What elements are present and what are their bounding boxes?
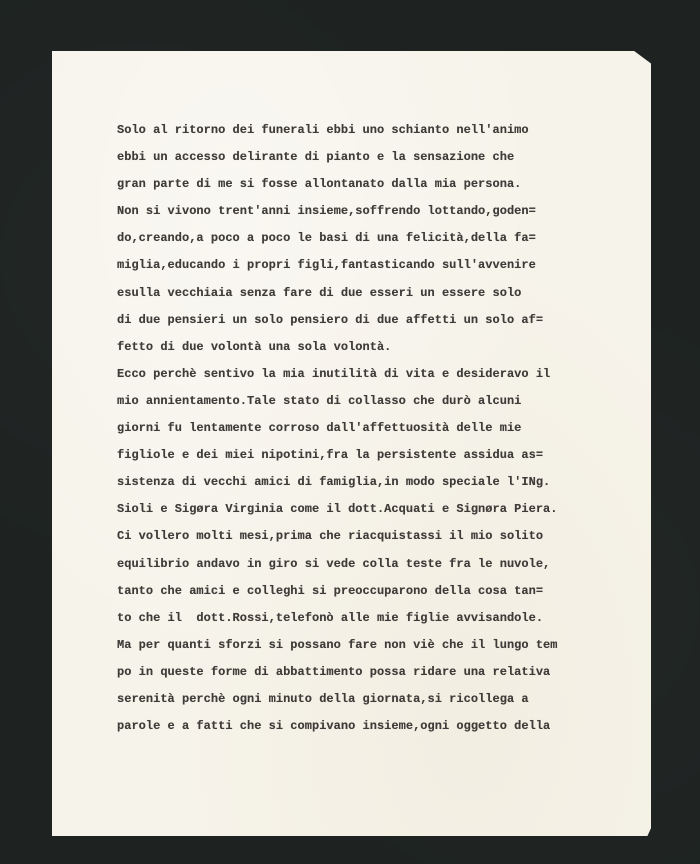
text-line: serenità perchè ogni minuto della giorna… (117, 686, 558, 713)
text-line: Ma per quanti sforzi si possano fare non… (117, 632, 558, 659)
text-line: po in queste forme di abbattimento possa… (117, 659, 558, 686)
text-line: Sioli e Sigøra Virginia come il dott.Acq… (117, 496, 558, 523)
text-line: parole e a fatti che si compivano insiem… (117, 713, 558, 740)
text-line: di due pensieri un solo pensiero di due … (117, 307, 558, 334)
text-line: tanto che amici e colleghi si preoccupar… (117, 578, 558, 605)
typewritten-page: Solo al ritorno dei funerali ebbi uno sc… (52, 51, 651, 836)
text-line: sistenza di vecchi amici di famiglia,in … (117, 469, 558, 496)
text-line: to che il dott.Rossi,telefonò alle mie f… (117, 605, 558, 632)
text-line: mio annientamento.Tale stato di collasso… (117, 388, 558, 415)
text-line: equilibrio andavo in giro si vede colla … (117, 551, 558, 578)
text-line: gran parte di me si fosse allontanato da… (117, 171, 558, 198)
text-line: Ecco perchè sentivo la mia inutilità di … (117, 361, 558, 388)
text-line: figliole e dei miei nipotini,fra la pers… (117, 442, 558, 469)
text-line: ebbi un accesso delirante di pianto e la… (117, 144, 558, 171)
text-line: Non si vivono trent'anni insieme,soffren… (117, 198, 558, 225)
text-line: Solo al ritorno dei funerali ebbi uno sc… (117, 117, 558, 144)
text-line: giorni fu lentamente corroso dall'affett… (117, 415, 558, 442)
text-line: fetto di due volontà una sola volontà. (117, 334, 558, 361)
text-line: Ci vollero molti mesi,prima che riacquis… (117, 523, 558, 550)
text-line: miglia,educando i propri figli,fantastic… (117, 252, 558, 279)
text-line: esulla vecchiaia senza fare di due esser… (117, 280, 558, 307)
letter-body: Solo al ritorno dei funerali ebbi uno sc… (117, 117, 558, 740)
text-line: do,creando,a poco a poco le basi di una … (117, 225, 558, 252)
